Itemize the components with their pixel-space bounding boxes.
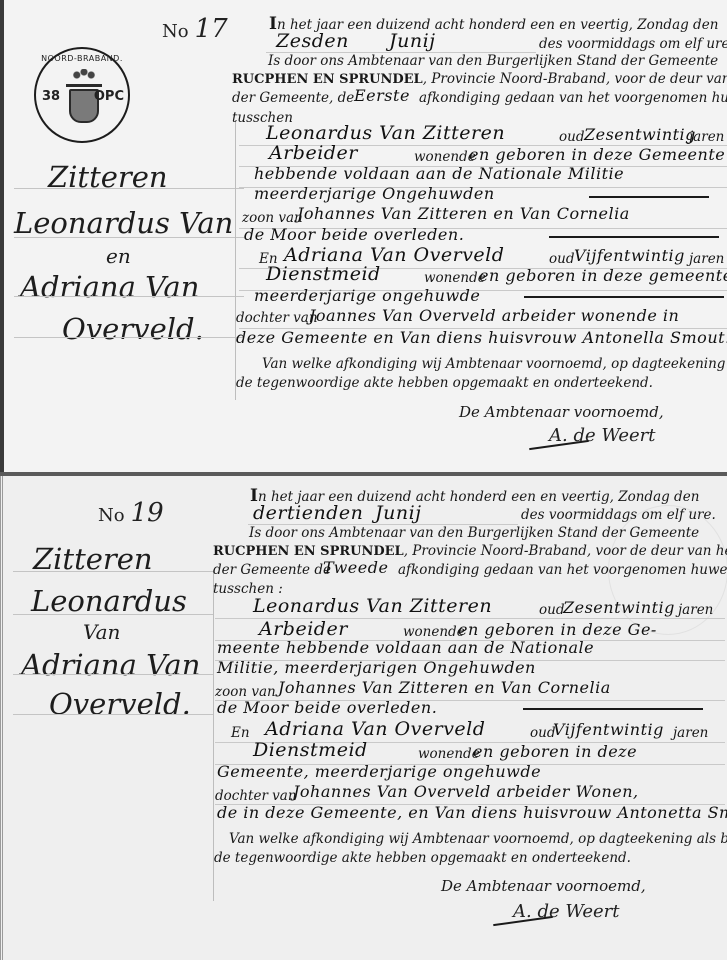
bride-parents-1: Johannes Van Overveld arbeider Wonen,	[293, 782, 639, 801]
number-value: 19	[131, 498, 164, 528]
closing-line-2: de tegenwoordige akte hebben opgemaakt e…	[236, 375, 653, 391]
number-label: No	[162, 21, 189, 42]
announcement-suffix: afkondiging gedaan van het voorgenomen h…	[419, 90, 727, 106]
bride-age: Vijfentwintig	[574, 246, 685, 265]
record-17: No17 NOORD-BRABAND. 38 OPC Zitteren Leon…	[0, 0, 727, 474]
bride-extra: Gemeente, meerderjarige ongehuwde	[217, 762, 541, 781]
margin-rule	[14, 237, 244, 238]
bride-parents-1: Joannes Van Overveld arbeider wonende in	[309, 306, 679, 325]
margin-rule	[13, 614, 213, 615]
son-of-label: zoon van	[242, 210, 303, 226]
margin-conjunction: Van	[83, 620, 120, 644]
bride-parents-2: deze Gemeente en Van diens huisvrouw Ant…	[236, 328, 727, 347]
groom-name: Leonardus Van Zitteren	[253, 595, 492, 617]
bride-residence: en geboren in deze	[473, 742, 637, 761]
official-line: Is door ons Ambtenaar van den Burgerlijk…	[249, 525, 699, 541]
bride-occupation: Dienstmeid	[253, 739, 368, 761]
age-label: oud	[530, 725, 555, 741]
margin-rule	[14, 337, 244, 338]
residing-label: wonende	[414, 149, 476, 165]
groom-occupation: Arbeider	[259, 618, 348, 640]
bride-parents-2: de in deze Gemeente, en Van diens huisvr…	[217, 803, 727, 822]
signoff: De Ambtenaar voornoemd,	[459, 403, 664, 421]
margin-rule	[13, 571, 213, 572]
bride-residence: en geboren in deze gemeente	[479, 266, 727, 285]
groom-residence: en geboren in deze Ge-	[458, 620, 657, 639]
stamp-right-value: OPC	[94, 89, 124, 104]
groom-parents-2: de Moor beide overleden.	[217, 698, 437, 717]
groom-parents-1: Johannes Van Zitteren en Van Cornelia	[278, 678, 611, 697]
announcement-ordinal: Tweede	[323, 558, 388, 577]
signoff: De Ambtenaar voornoemd,	[441, 877, 646, 895]
stamp-province-text: NOORD-BRABAND.	[36, 54, 128, 63]
announcement-prefix: der Gemeente de	[213, 562, 331, 578]
groom-parents-2: de Moor beide overleden.	[244, 225, 464, 244]
record-number: No19	[98, 498, 164, 528]
announcement-prefix: der Gemeente, de	[232, 90, 354, 106]
groom-extra-2: Militie, meerderjarigen Ongehuwden	[217, 658, 536, 677]
date-month: Junij	[389, 30, 436, 52]
closing-line-2: de tegenwoordige akte hebben opgemaakt e…	[214, 850, 631, 866]
margin-bride-line1: Adriana Van	[21, 648, 200, 682]
daughter-of-label: dochter van	[236, 310, 318, 326]
margin-rule	[14, 296, 244, 297]
number-value: 17	[195, 14, 228, 44]
daughter-of-label: dochter van	[215, 788, 297, 804]
record-19: No19 Zitteren Leonardus Van Adriana Van …	[0, 476, 727, 960]
closing-line-1: Van welke afkondiging wij Ambtenaar voor…	[262, 356, 727, 372]
tax-stamp: NOORD-BRABAND. 38 OPC	[34, 47, 130, 143]
groom-occupation: Arbeider	[269, 142, 358, 164]
groom-parents-1: Johannes Van Zitteren en Van Cornelia	[297, 204, 630, 223]
groom-age: Zesentwintig	[584, 125, 696, 144]
closing-line-1: Van welke afkondiging wij Ambtenaar voor…	[229, 831, 727, 847]
groom-age: Zesentwintig	[563, 598, 675, 617]
blank-fill-line	[524, 296, 724, 298]
margin-bride-line2: Overveld.	[49, 687, 191, 721]
years-label: jaren	[673, 725, 708, 741]
groom-extra-1: hebbende voldaan aan de Nationale Militi…	[254, 164, 624, 183]
age-label: oud	[559, 129, 584, 145]
years-label: jaren	[689, 251, 724, 267]
blank-fill-line	[589, 196, 709, 198]
age-label: oud	[549, 251, 574, 267]
announcement-ordinal: Eerste	[354, 86, 410, 105]
record-number: No17	[162, 14, 228, 44]
years-label: jaren	[678, 602, 713, 618]
margin-groom: Leonardus	[31, 584, 187, 618]
column-rule	[235, 120, 236, 400]
municipality-line: RUCPHEN EN SPRUNDEL, Provincie Noord-Bra…	[213, 543, 727, 559]
time-text: des voormiddags om elf ure.	[539, 36, 727, 52]
blank-fill-line	[523, 708, 703, 710]
bride-age: Vijfentwintig	[553, 720, 664, 739]
bride-extra: meerderjarige ongehuwde	[254, 286, 480, 305]
margin-rule	[13, 674, 213, 675]
crown-icon	[66, 69, 102, 87]
margin-bride-line2: Overveld.	[62, 312, 204, 346]
groom-extra-1: meente hebbende voldaan aan de Nationale	[217, 638, 594, 657]
and-label: En	[231, 725, 250, 741]
residing-label: wonende	[418, 746, 480, 762]
margin-rule	[14, 188, 244, 189]
date-day: dertienden	[253, 502, 363, 524]
stamp-left-value: 38	[42, 89, 60, 104]
margin-rule	[13, 714, 213, 715]
margin-bride-line1: Adriana Van	[20, 270, 199, 304]
years-label: jaren	[689, 129, 724, 145]
groom-extra-2: meerderjarige Ongehuwden	[254, 184, 495, 203]
official-line: Is door ons Ambtenaar van den Burgerlijk…	[268, 53, 718, 69]
time-text: des voormiddags om elf ure.	[521, 507, 716, 523]
date-day: Zesden	[276, 30, 349, 52]
age-label: oud	[539, 602, 564, 618]
municipality-line: RUCPHEN EN SPRUNDEL, Provincie Noord-Bra…	[232, 71, 727, 87]
number-label: No	[98, 505, 125, 526]
bride-name: Adriana Van Overveld	[265, 718, 485, 740]
groom-residence: en geboren in deze Gemeente	[469, 145, 725, 164]
margin-groom: Leonardus Van	[14, 206, 233, 240]
margin-conjunction: en	[106, 244, 131, 268]
bride-occupation: Dienstmeid	[266, 263, 381, 285]
announcement-suffix: afkondiging gedaan van het voorgenomen h…	[398, 562, 727, 578]
date-month: Junij	[375, 502, 422, 524]
residing-label: wonende	[424, 270, 486, 286]
blank-fill-line	[549, 236, 719, 238]
groom-name: Leonardus Van Zitteren	[266, 122, 505, 144]
